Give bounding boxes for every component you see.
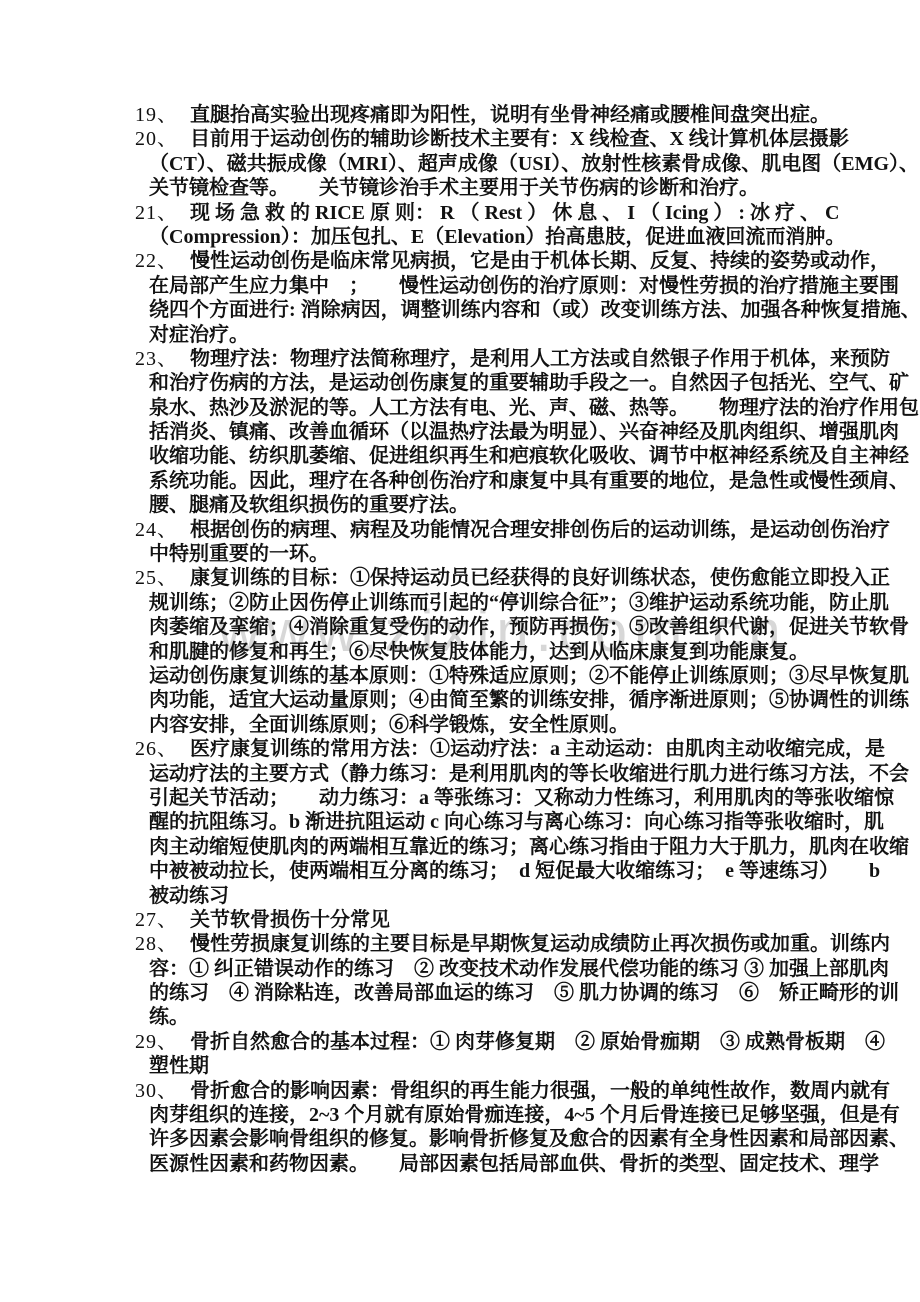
item-line: 泉水、热沙及淤泥的等。人工方法有电、光、声、磁、热等。 物理疗法的治疗作用包 bbox=[149, 396, 920, 420]
item-line-text: 医源性因素和药物因素。 局部因素包括局部血供、骨折的类型、固定技术、理学 bbox=[149, 1153, 879, 1175]
item-line: 中被被动拉长，使两端相互分离的练习； d 短促最大收缩练习； e 等速练习） b bbox=[149, 859, 920, 883]
item-line: 系统功能。因此，理疗在各种创伤治疗和康复中具有重要的地位，是急性或慢性颈肩、 bbox=[149, 469, 920, 493]
item-line: 29、骨折自然愈合的基本过程：① 肉芽修复期 ② 原始骨痂期 ③ 成熟骨板期 ④ bbox=[149, 1030, 920, 1054]
item-line-text: 对症治疗。 bbox=[149, 324, 249, 346]
item-line: 许多因素会影响骨组织的修复。影响骨折修复及愈合的因素有全身性因素和局部因素、 bbox=[149, 1127, 920, 1151]
item-line: （Compression）：加压包扎、E（Elevation）抬高患肢，促进血液… bbox=[149, 225, 920, 249]
list-item: 22、慢性运动创伤是临床常见病损，它是由于机体长期、反复、持续的姿势或动作，在局… bbox=[149, 249, 920, 347]
item-line-text: 康复训练的目标：①保持运动员已经获得的良好训练状态，使伤愈能立即投入正 bbox=[190, 567, 890, 589]
item-number: 29、 bbox=[135, 1030, 178, 1054]
item-line: 26、医疗康复训练的常用方法：①运动疗法：a 主动运动：由肌肉主动收缩完成，是 bbox=[149, 737, 920, 761]
item-number: 26、 bbox=[135, 737, 178, 761]
item-line: 中特别重要的一环。 bbox=[149, 542, 920, 566]
item-line-text: 的练习 ④ 消除粘连，改善局部血运的练习 ⑤ 肌力协调的练习 ⑥ 矫正畸形的训 bbox=[149, 982, 899, 1004]
item-line-text: 运动创伤康复训练的基本原则：①特殊适应原则；②不能停止训练原则；③尽早恢复肌 bbox=[149, 665, 909, 687]
item-line-text: 许多因素会影响骨组织的修复。影响骨折修复及愈合的因素有全身性因素和局部因素、 bbox=[149, 1128, 909, 1150]
item-line: 医源性因素和药物因素。 局部因素包括局部血供、骨折的类型、固定技术、理学 bbox=[149, 1152, 920, 1176]
item-line-text: 现 场 急 救 的 RICE 原 则： R （ Rest ） 休 息 、 I （… bbox=[190, 202, 839, 224]
item-number: 23、 bbox=[135, 347, 178, 371]
list-item: 30、骨折愈合的影响因素：骨组织的再生能力很强，一般的单纯性故作，数周内就有肉芽… bbox=[149, 1079, 920, 1177]
item-line: 28、慢性劳损康复训练的主要目标是早期恢复运动成绩防止再次损伤或加重。训练内 bbox=[149, 932, 920, 956]
item-line-text: 练。 bbox=[149, 1006, 189, 1028]
item-number: 30、 bbox=[135, 1079, 178, 1103]
item-line: 醒的抗阻练习。b 渐进抗阻运动 c 向心练习与离心练习：向心练习指等张收缩时，肌 bbox=[149, 810, 920, 834]
item-line: 21、现 场 急 救 的 RICE 原 则： R （ Rest ） 休 息 、 … bbox=[149, 201, 920, 225]
item-line-text: 运动疗法的主要方式（静力练习：是利用肌肉的等长收缩进行肌力进行练习方法，不会 bbox=[149, 763, 909, 785]
item-line: 27、关节软骨损伤十分常见 bbox=[149, 908, 920, 932]
item-line: 运动疗法的主要方式（静力练习：是利用肌肉的等长收缩进行肌力进行练习方法，不会 bbox=[149, 762, 920, 786]
list-item: 21、现 场 急 救 的 RICE 原 则： R （ Rest ） 休 息 、 … bbox=[149, 201, 920, 250]
list-item: 24、根据创伤的病理、病程及功能情况合理安排创伤后的运动训练，是运动创伤治疗中特… bbox=[149, 518, 920, 567]
item-line: （CT）、磁共振成像（MRI）、超声成像（USI）、放射性核素骨成像、肌电图（E… bbox=[149, 152, 920, 176]
item-line: 被动练习 bbox=[149, 884, 920, 908]
list-item: 27、关节软骨损伤十分常见 bbox=[149, 908, 920, 932]
item-line: 肉萎缩及挛缩；④消除重复受伤的动作，预防再损伤；⑤改善组织代谢，促进关节软骨 bbox=[149, 615, 920, 639]
item-line-text: 中被被动拉长，使两端相互分离的练习； d 短促最大收缩练习； e 等速练习） b bbox=[149, 860, 880, 882]
document-page: www.zixin.com.cn 19、直腿抬高实验出现疼痛即为阳性，说明有坐骨… bbox=[0, 0, 920, 1302]
list-item: 28、慢性劳损康复训练的主要目标是早期恢复运动成绩防止再次损伤或加重。训练内容：… bbox=[149, 932, 920, 1030]
item-line: 括消炎、镇痛、改善血循环（以温热疗法最为明显）、兴奋神经及肌肉组织、增强肌肉 bbox=[149, 420, 920, 444]
item-line-text: 在局部产生应力集中 ； 慢性运动创伤的治疗原则：对慢性劳损的治疗措施主要围 bbox=[149, 275, 899, 297]
item-line-text: 肉萎缩及挛缩；④消除重复受伤的动作，预防再损伤；⑤改善组织代谢，促进关节软骨 bbox=[149, 616, 909, 638]
item-line-text: 和肌腱的修复和再生；⑥尽快恢复肢体能力，达到从临床康复到功能康复。 bbox=[149, 641, 809, 663]
item-line-text: 中特别重要的一环。 bbox=[149, 543, 329, 565]
item-line-text: 绕四个方面进行: 消除病因，调整训练内容和（或）改变训练方法、加强各种恢复措施、 bbox=[149, 299, 920, 321]
item-line: 24、根据创伤的病理、病程及功能情况合理安排创伤后的运动训练，是运动创伤治疗 bbox=[149, 518, 920, 542]
item-line: 规训练；②防止因伤停止训练而引起的“停训综合征”；③维护运动系统功能，防止肌 bbox=[149, 591, 920, 615]
item-line-text: 被动练习 bbox=[149, 885, 229, 907]
item-line: 收缩功能、纺织肌萎缩、促进组织再生和疤痕软化吸收、调节中枢神经系统及自主神经 bbox=[149, 444, 920, 468]
item-line: 容：① 纠正错误动作的练习 ② 改变技术动作发展代偿功能的练习 ③ 加强上部肌肉 bbox=[149, 957, 920, 981]
item-number: 28、 bbox=[135, 932, 178, 956]
item-line-text: 物理疗法：物理疗法简称理疗，是利用人工方法或自然银子作用于机体，来预防 bbox=[190, 348, 890, 370]
item-line: 23、物理疗法：物理疗法简称理疗，是利用人工方法或自然银子作用于机体，来预防 bbox=[149, 347, 920, 371]
item-line: 25、康复训练的目标：①保持运动员已经获得的良好训练状态，使伤愈能立即投入正 bbox=[149, 566, 920, 590]
item-line: 运动创伤康复训练的基本原则：①特殊适应原则；②不能停止训练原则；③尽早恢复肌 bbox=[149, 664, 920, 688]
item-line-text: 和治疗伤病的方法，是运动创伤康复的重要辅助手段之一。自然因子包括光、空气、矿 bbox=[149, 372, 909, 394]
item-line: 肉功能，适宜大运动量原则；④由简至繁的训练安排，循序渐进原则；⑤协调性的训练 bbox=[149, 688, 920, 712]
item-line-text: 骨折自然愈合的基本过程：① 肉芽修复期 ② 原始骨痂期 ③ 成熟骨板期 ④ bbox=[190, 1031, 885, 1053]
list-item: 29、骨折自然愈合的基本过程：① 肉芽修复期 ② 原始骨痂期 ③ 成熟骨板期 ④… bbox=[149, 1030, 920, 1079]
item-line-text: 直腿抬高实验出现疼痛即为阳性，说明有坐骨神经痛或腰椎间盘突出症。 bbox=[190, 104, 830, 126]
item-line-text: 医疗康复训练的常用方法：①运动疗法：a 主动运动：由肌肉主动收缩完成，是 bbox=[190, 738, 885, 760]
item-line: 肉主动缩短使肌肉的两端相互靠近的练习；离心练习指由于阻力大于肌力，肌肉在收缩 bbox=[149, 835, 920, 859]
item-line-text: 关节镜检查等。 关节镜诊治手术主要用于关节伤病的诊断和治疗。 bbox=[149, 177, 759, 199]
item-line: 塑性期 bbox=[149, 1054, 920, 1078]
item-line: 肉芽组织的连接，2~3 个月就有原始骨痂连接，4~5 个月后骨连接已足够坚强，但… bbox=[149, 1103, 920, 1127]
item-line: 19、直腿抬高实验出现疼痛即为阳性，说明有坐骨神经痛或腰椎间盘突出症。 bbox=[149, 103, 920, 127]
item-line: 30、骨折愈合的影响因素：骨组织的再生能力很强，一般的单纯性故作，数周内就有 bbox=[149, 1079, 920, 1103]
item-number: 25、 bbox=[135, 566, 178, 590]
item-line-text: 慢性劳损康复训练的主要目标是早期恢复运动成绩防止再次损伤或加重。训练内 bbox=[190, 933, 890, 955]
item-line: 绕四个方面进行: 消除病因，调整训练内容和（或）改变训练方法、加强各种恢复措施、 bbox=[149, 298, 920, 322]
item-line-text: 收缩功能、纺织肌萎缩、促进组织再生和疤痕软化吸收、调节中枢神经系统及自主神经 bbox=[149, 445, 909, 467]
item-number: 22、 bbox=[135, 249, 178, 273]
item-line-text: 肉芽组织的连接，2~3 个月就有原始骨痂连接，4~5 个月后骨连接已足够坚强，但… bbox=[149, 1104, 900, 1126]
item-line-text: 规训练；②防止因伤停止训练而引起的“停训综合征”；③维护运动系统功能，防止肌 bbox=[149, 592, 889, 614]
items-container: 19、直腿抬高实验出现疼痛即为阳性，说明有坐骨神经痛或腰椎间盘突出症。20、目前… bbox=[149, 103, 920, 1176]
list-item: 19、直腿抬高实验出现疼痛即为阳性，说明有坐骨神经痛或腰椎间盘突出症。 bbox=[149, 103, 920, 127]
item-line: 对症治疗。 bbox=[149, 323, 920, 347]
item-line: 内容安排，全面训练原则；⑥科学锻炼，安全性原则。 bbox=[149, 713, 920, 737]
item-line-text: 引起关节活动； 动力练习：a 等张练习：又称动力性练习，利用肌肉的等张收缩惊 bbox=[149, 787, 894, 809]
item-line: 20、目前用于运动创伤的辅助诊断技术主要有：X 线检查、X 线计算机体层摄影 bbox=[149, 127, 920, 151]
item-line: 练。 bbox=[149, 1005, 920, 1029]
item-line: 和肌腱的修复和再生；⑥尽快恢复肢体能力，达到从临床康复到功能康复。 bbox=[149, 640, 920, 664]
item-line-text: 容：① 纠正错误动作的练习 ② 改变技术动作发展代偿功能的练习 ③ 加强上部肌肉 bbox=[149, 958, 889, 980]
item-line-text: 肉功能，适宜大运动量原则；④由简至繁的训练安排，循序渐进原则；⑤协调性的训练 bbox=[149, 689, 909, 711]
list-item: 20、目前用于运动创伤的辅助诊断技术主要有：X 线检查、X 线计算机体层摄影（C… bbox=[149, 127, 920, 200]
item-line: 腰、腿痛及软组织损伤的重要疗法。 bbox=[149, 493, 920, 517]
item-line-text: 骨折愈合的影响因素：骨组织的再生能力很强，一般的单纯性故作，数周内就有 bbox=[190, 1080, 890, 1102]
item-line-text: 泉水、热沙及淤泥的等。人工方法有电、光、声、磁、热等。 物理疗法的治疗作用包 bbox=[149, 397, 919, 419]
item-line-text: 系统功能。因此，理疗在各种创伤治疗和康复中具有重要的地位，是急性或慢性颈肩、 bbox=[149, 470, 909, 492]
item-number: 24、 bbox=[135, 518, 178, 542]
item-number: 20、 bbox=[135, 127, 178, 151]
item-number: 21、 bbox=[135, 201, 178, 225]
item-number: 19、 bbox=[135, 103, 178, 127]
item-line-text: 目前用于运动创伤的辅助诊断技术主要有：X 线检查、X 线计算机体层摄影 bbox=[190, 128, 849, 150]
item-line-text: 醒的抗阻练习。b 渐进抗阻运动 c 向心练习与离心练习：向心练习指等张收缩时，肌 bbox=[149, 811, 884, 833]
item-line-text: 关节软骨损伤十分常见 bbox=[190, 909, 390, 931]
item-line-text: 塑性期 bbox=[149, 1055, 209, 1077]
item-line: 和治疗伤病的方法，是运动创伤康复的重要辅助手段之一。自然因子包括光、空气、矿 bbox=[149, 371, 920, 395]
item-number: 27、 bbox=[135, 908, 178, 932]
item-line-text: 肉主动缩短使肌肉的两端相互靠近的练习；离心练习指由于阻力大于肌力，肌肉在收缩 bbox=[149, 836, 909, 858]
item-line-text: （Compression）：加压包扎、E（Elevation）抬高患肢，促进血液… bbox=[149, 226, 845, 248]
item-line: 的练习 ④ 消除粘连，改善局部血运的练习 ⑤ 肌力协调的练习 ⑥ 矫正畸形的训 bbox=[149, 981, 920, 1005]
item-line: 在局部产生应力集中 ； 慢性运动创伤的治疗原则：对慢性劳损的治疗措施主要围 bbox=[149, 274, 920, 298]
item-line-text: 括消炎、镇痛、改善血循环（以温热疗法最为明显）、兴奋神经及肌肉组织、增强肌肉 bbox=[149, 421, 899, 443]
item-line-text: 慢性运动创伤是临床常见病损，它是由于机体长期、反复、持续的姿势或动作， bbox=[190, 250, 890, 272]
item-line: 引起关节活动； 动力练习：a 等张练习：又称动力性练习，利用肌肉的等张收缩惊 bbox=[149, 786, 920, 810]
list-item: 25、康复训练的目标：①保持运动员已经获得的良好训练状态，使伤愈能立即投入正规训… bbox=[149, 566, 920, 737]
item-line-text: 根据创伤的病理、病程及功能情况合理安排创伤后的运动训练，是运动创伤治疗 bbox=[190, 519, 890, 541]
item-line: 22、慢性运动创伤是临床常见病损，它是由于机体长期、反复、持续的姿势或动作， bbox=[149, 249, 920, 273]
list-item: 23、物理疗法：物理疗法简称理疗，是利用人工方法或自然银子作用于机体，来预防和治… bbox=[149, 347, 920, 518]
item-line-text: （CT）、磁共振成像（MRI）、超声成像（USI）、放射性核素骨成像、肌电图（E… bbox=[149, 153, 919, 175]
item-line-text: 腰、腿痛及软组织损伤的重要疗法。 bbox=[149, 494, 469, 516]
list-item: 26、医疗康复训练的常用方法：①运动疗法：a 主动运动：由肌肉主动收缩完成，是运… bbox=[149, 737, 920, 908]
item-line-text: 内容安排，全面训练原则；⑥科学锻炼，安全性原则。 bbox=[149, 714, 629, 736]
item-line: 关节镜检查等。 关节镜诊治手术主要用于关节伤病的诊断和治疗。 bbox=[149, 176, 920, 200]
